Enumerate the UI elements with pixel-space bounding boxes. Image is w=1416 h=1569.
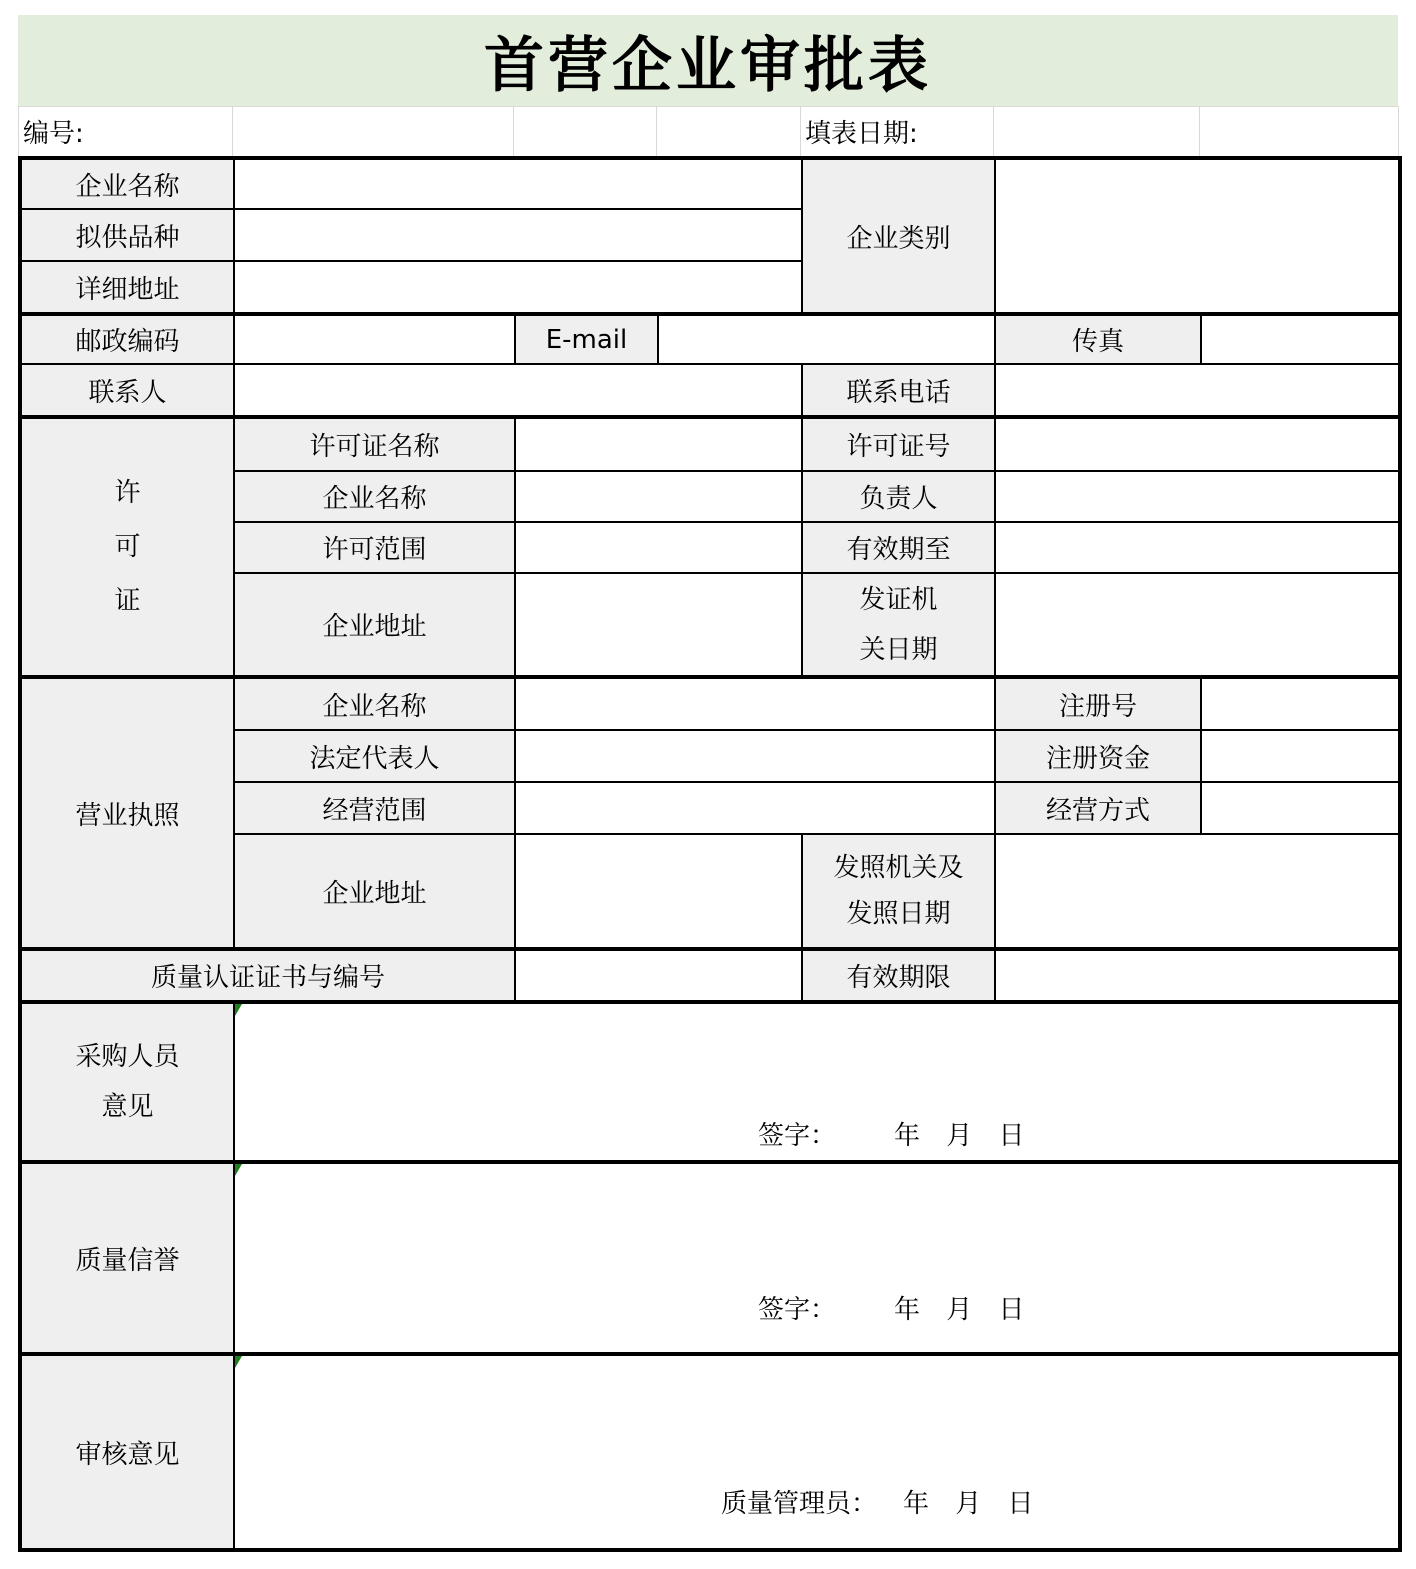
issue-authority-date-input[interactable] bbox=[995, 834, 1400, 949]
review-opinion-area[interactable]: 质量管理员：年 月 日 bbox=[234, 1354, 1400, 1550]
purchaser-sign-line: 签字：年 月 日 bbox=[758, 1115, 1025, 1152]
contact-person-label: 联系人 bbox=[20, 364, 234, 417]
quality-reputation-label: 质量信誉 bbox=[20, 1162, 234, 1354]
license-scope-input[interactable] bbox=[515, 522, 802, 573]
quality-reputation-area[interactable]: 签字：年 月 日 bbox=[234, 1162, 1400, 1354]
bl-company-address-label: 企业地址 bbox=[234, 834, 515, 949]
purchaser-opinion-area[interactable]: 签字：年 月 日 bbox=[234, 1002, 1400, 1162]
approval-form-table: 企业名称 企业类别 拟供品种 详细地址 邮政编码 E-mail 传真 联系人 联… bbox=[18, 156, 1402, 1552]
cell-corner-marker-icon bbox=[235, 1356, 242, 1368]
detailed-address-input[interactable] bbox=[234, 261, 802, 314]
license-company-name-input[interactable] bbox=[515, 471, 802, 522]
purchaser-opinion-label: 采购人员 意见 bbox=[20, 1002, 234, 1162]
cell-corner-marker-icon bbox=[235, 1164, 242, 1176]
approval-form-page: 首营企业审批表 编号: 填表日期: 企业名称 企业类别 bbox=[0, 0, 1416, 1569]
license-company-name-label: 企业名称 bbox=[234, 471, 515, 522]
cell-corner-marker-icon bbox=[235, 1004, 242, 1016]
license-section-label: 许 可 证 bbox=[20, 417, 234, 677]
row-review-opinion: 审核意见 质量管理员：年 月 日 bbox=[20, 1354, 1400, 1550]
license-name-label: 许可证名称 bbox=[234, 417, 515, 471]
certification-label: 质量认证证书与编号 bbox=[20, 949, 515, 1002]
header-meta-row: 编号: 填表日期: bbox=[18, 106, 1399, 157]
row-quality-reputation: 质量信誉 签字：年 月 日 bbox=[20, 1162, 1400, 1354]
valid-period-input[interactable] bbox=[995, 949, 1400, 1002]
meta-row: 编号: 填表日期: bbox=[19, 107, 1399, 157]
row-company-name: 企业名称 企业类别 bbox=[20, 158, 1400, 209]
person-in-charge-label: 负责人 bbox=[802, 471, 995, 522]
registered-capital-label: 注册资金 bbox=[995, 730, 1201, 782]
fill-date-label: 填表日期: bbox=[801, 107, 994, 157]
fill-date-value-cell[interactable] bbox=[994, 107, 1200, 157]
business-mode-input[interactable] bbox=[1201, 782, 1400, 834]
issuing-authority-date-input[interactable] bbox=[995, 573, 1400, 677]
row-postal-email-fax: 邮政编码 E-mail 传真 bbox=[20, 314, 1400, 364]
sign-label: 签字： bbox=[758, 1121, 836, 1151]
business-mode-label: 经营方式 bbox=[995, 782, 1201, 834]
detailed-address-label: 详细地址 bbox=[20, 261, 234, 314]
business-license-section-label: 营业执照 bbox=[20, 677, 234, 949]
reputation-sign-line: 签字：年 月 日 bbox=[758, 1289, 1025, 1326]
registration-no-input[interactable] bbox=[1201, 677, 1400, 730]
registered-capital-input[interactable] bbox=[1201, 730, 1400, 782]
row-purchaser-opinion: 采购人员 意见 签字：年 月 日 bbox=[20, 1002, 1400, 1162]
sign-label: 签字： bbox=[758, 1295, 836, 1325]
legal-rep-label: 法定代表人 bbox=[234, 730, 515, 782]
person-in-charge-input[interactable] bbox=[995, 471, 1400, 522]
form-title-banner: 首营企业审批表 bbox=[18, 15, 1398, 106]
company-name-label: 企业名称 bbox=[20, 158, 234, 209]
serial-value-cell[interactable] bbox=[233, 107, 514, 157]
valid-until-input[interactable] bbox=[995, 522, 1400, 573]
review-opinion-label: 审核意见 bbox=[20, 1354, 234, 1550]
contact-person-input[interactable] bbox=[234, 364, 802, 417]
postal-code-label: 邮政编码 bbox=[20, 314, 234, 364]
contact-phone-input[interactable] bbox=[995, 364, 1400, 417]
row-bl-company-name: 营业执照 企业名称 注册号 bbox=[20, 677, 1400, 730]
legal-rep-input[interactable] bbox=[515, 730, 995, 782]
license-name-input[interactable] bbox=[515, 417, 802, 471]
sign-label: 质量管理员： bbox=[721, 1489, 877, 1519]
business-scope-label: 经营范围 bbox=[234, 782, 515, 834]
meta-empty-cell[interactable] bbox=[657, 107, 801, 157]
license-company-address-label: 企业地址 bbox=[234, 573, 515, 677]
registration-no-label: 注册号 bbox=[995, 677, 1201, 730]
license-no-input[interactable] bbox=[995, 417, 1400, 471]
license-company-address-input[interactable] bbox=[515, 573, 802, 677]
company-category-input[interactable] bbox=[995, 158, 1400, 314]
sign-date: 年 月 日 bbox=[894, 1295, 1025, 1325]
row-certification: 质量认证证书与编号 有效期限 bbox=[20, 949, 1400, 1002]
meta-empty-cell[interactable] bbox=[514, 107, 657, 157]
review-sign-line: 质量管理员：年 月 日 bbox=[721, 1483, 1034, 1520]
license-scope-label: 许可范围 bbox=[234, 522, 515, 573]
meta-empty-cell[interactable] bbox=[1200, 107, 1399, 157]
certification-input[interactable] bbox=[515, 949, 802, 1002]
sign-date: 年 月 日 bbox=[903, 1489, 1034, 1519]
fax-input[interactable] bbox=[1201, 314, 1400, 364]
bl-company-name-input[interactable] bbox=[515, 677, 995, 730]
row-contact: 联系人 联系电话 bbox=[20, 364, 1400, 417]
proposed-products-input[interactable] bbox=[234, 209, 802, 261]
license-no-label: 许可证号 bbox=[802, 417, 995, 471]
valid-period-label: 有效期限 bbox=[802, 949, 995, 1002]
serial-label: 编号: bbox=[19, 107, 233, 157]
sign-date: 年 月 日 bbox=[894, 1121, 1025, 1151]
valid-until-label: 有效期至 bbox=[802, 522, 995, 573]
business-scope-input[interactable] bbox=[515, 782, 995, 834]
issuing-authority-date-label: 发证机 关日期 bbox=[802, 573, 995, 677]
postal-code-input[interactable] bbox=[234, 314, 515, 364]
email-input[interactable] bbox=[658, 314, 995, 364]
company-category-label: 企业类别 bbox=[802, 158, 995, 314]
contact-phone-label: 联系电话 bbox=[802, 364, 995, 417]
bl-company-name-label: 企业名称 bbox=[234, 677, 515, 730]
company-name-input[interactable] bbox=[234, 158, 802, 209]
fax-label: 传真 bbox=[995, 314, 1201, 364]
issue-authority-date-label: 发照机关及 发照日期 bbox=[802, 834, 995, 949]
bl-company-address-input[interactable] bbox=[515, 834, 802, 949]
row-license-name: 许 可 证 许可证名称 许可证号 bbox=[20, 417, 1400, 471]
page-title: 首营企业审批表 bbox=[484, 18, 932, 104]
email-label: E-mail bbox=[515, 314, 658, 364]
proposed-products-label: 拟供品种 bbox=[20, 209, 234, 261]
